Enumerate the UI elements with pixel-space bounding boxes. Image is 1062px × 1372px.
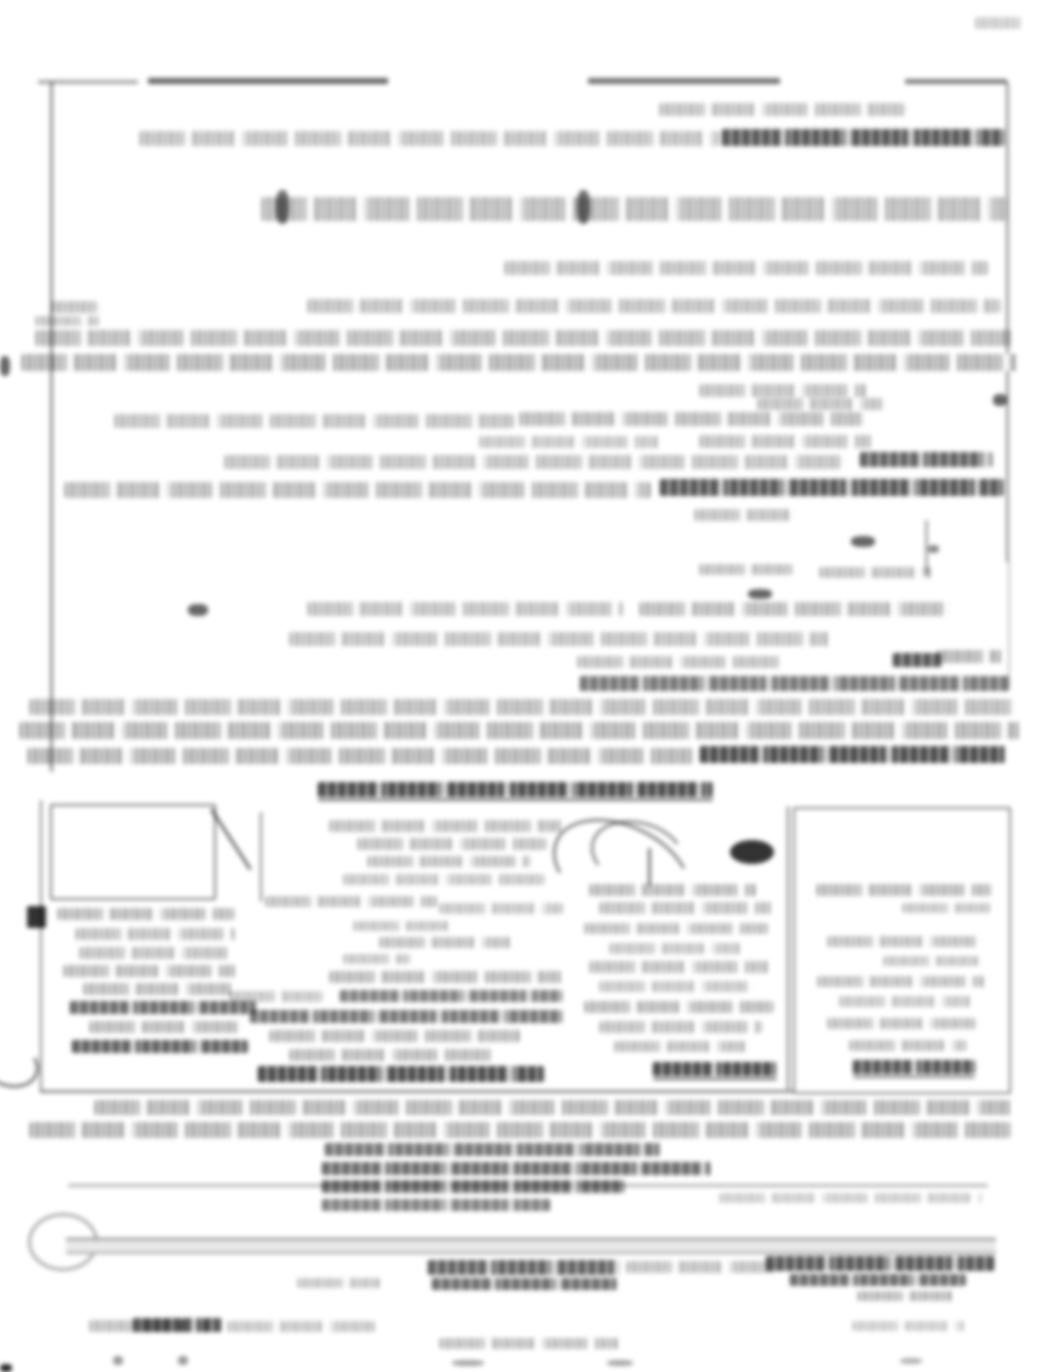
scan-line bbox=[354, 921, 450, 931]
scan-line bbox=[858, 1291, 954, 1301]
scan-line bbox=[700, 435, 872, 448]
scan-line bbox=[308, 602, 622, 616]
scan-blob bbox=[851, 536, 875, 547]
scan-bold bbox=[322, 1162, 712, 1175]
scan-line bbox=[640, 602, 952, 616]
scan-line bbox=[84, 983, 232, 995]
scan-line bbox=[308, 299, 1000, 313]
diagram-caption-right bbox=[853, 1060, 975, 1074]
double-rule bbox=[66, 1238, 996, 1254]
diagram-box-left bbox=[50, 804, 216, 900]
scan-line bbox=[20, 722, 1020, 739]
scan-bold bbox=[322, 1199, 550, 1211]
frame-right-low bbox=[1008, 560, 1010, 690]
scan-line bbox=[36, 316, 98, 326]
scan-line bbox=[520, 412, 862, 426]
scan-bold bbox=[432, 1278, 617, 1290]
scan-line bbox=[590, 961, 768, 973]
scan-line bbox=[850, 1040, 966, 1051]
scan-line bbox=[590, 884, 758, 896]
scan-bold bbox=[70, 1001, 256, 1014]
scan-line bbox=[695, 509, 795, 521]
scan-blob bbox=[113, 1356, 123, 1365]
scan-line bbox=[758, 398, 883, 410]
scan-bold bbox=[133, 1318, 221, 1332]
scan-line bbox=[884, 956, 984, 966]
section-heading bbox=[318, 782, 713, 797]
scan-line bbox=[578, 656, 780, 668]
scan-line bbox=[840, 996, 972, 1007]
scan-line bbox=[820, 567, 932, 578]
scan-blob bbox=[928, 545, 939, 553]
footer-center-line bbox=[440, 1338, 618, 1349]
scan-line bbox=[80, 947, 230, 959]
heading-small bbox=[660, 103, 905, 116]
scan-line bbox=[480, 436, 660, 448]
scan-line bbox=[358, 838, 546, 850]
scan-line bbox=[600, 1021, 762, 1033]
scan-bold bbox=[72, 1040, 248, 1053]
margin-left-lower bbox=[40, 800, 42, 1092]
scan-line bbox=[903, 903, 991, 913]
scan-blob bbox=[993, 394, 1007, 406]
scan-line bbox=[95, 1100, 1010, 1115]
scan-line bbox=[230, 991, 322, 1002]
scan-bold bbox=[250, 1010, 562, 1023]
scan-bold bbox=[860, 452, 992, 467]
scan-bold bbox=[700, 746, 1005, 763]
scan-bold bbox=[580, 676, 1010, 691]
scan-bold bbox=[790, 1274, 966, 1286]
scan-bold bbox=[340, 990, 562, 1002]
scan-line bbox=[700, 564, 792, 575]
scan-line bbox=[585, 923, 767, 934]
scan-line bbox=[30, 1122, 1010, 1138]
scan-line bbox=[600, 902, 772, 914]
page-number-blob bbox=[976, 17, 1020, 29]
scan-line bbox=[585, 1001, 773, 1013]
scan-line bbox=[65, 482, 650, 498]
scan-bold bbox=[428, 1260, 620, 1275]
scan-bold bbox=[766, 1256, 994, 1271]
scan-bold bbox=[322, 1180, 624, 1193]
scan-line bbox=[22, 354, 1017, 371]
scan-blob bbox=[188, 604, 208, 616]
scan-line bbox=[330, 820, 562, 832]
scan-bold bbox=[660, 479, 1003, 496]
edge-artifact bbox=[0, 356, 10, 376]
margin-note bbox=[52, 301, 102, 313]
scan-line bbox=[720, 1193, 982, 1203]
scan-bold bbox=[893, 653, 941, 667]
list-bullet bbox=[27, 906, 46, 928]
frame-right bbox=[1006, 82, 1009, 562]
section-heading-underline bbox=[318, 799, 713, 801]
scan-line bbox=[828, 1018, 980, 1029]
scan-blob bbox=[452, 1360, 484, 1366]
diagram-diagonal bbox=[210, 808, 252, 870]
frame-top-4 bbox=[905, 79, 1007, 84]
scan-rule bbox=[653, 1078, 777, 1080]
scan-line bbox=[615, 1041, 747, 1052]
frame-top-3 bbox=[588, 78, 780, 84]
scan-line bbox=[600, 981, 752, 992]
scan-line bbox=[90, 1021, 242, 1033]
scan-artwork bbox=[0, 0, 1062, 1372]
scan-line bbox=[344, 874, 544, 885]
scan-line bbox=[266, 896, 438, 907]
scan-line bbox=[225, 455, 845, 469]
diagram-caption-left bbox=[258, 1066, 544, 1082]
diagram-quad-edge bbox=[260, 812, 262, 902]
scan-blob bbox=[748, 589, 772, 599]
scan-line bbox=[817, 884, 991, 896]
scan-line bbox=[298, 1278, 380, 1288]
diagram-caption-center bbox=[653, 1062, 777, 1076]
scan-line bbox=[290, 632, 830, 646]
scan-line bbox=[853, 1321, 965, 1331]
scan-blob bbox=[178, 1356, 188, 1365]
scan-line bbox=[64, 965, 236, 977]
scan-line bbox=[76, 928, 234, 940]
scan-line bbox=[938, 650, 1002, 663]
scan-line bbox=[58, 908, 234, 920]
scan-line bbox=[368, 856, 530, 867]
scan-line bbox=[28, 748, 693, 764]
title-line bbox=[262, 197, 1007, 221]
scan-line bbox=[140, 131, 718, 146]
title-cap bbox=[577, 190, 590, 224]
scan-rule bbox=[853, 1076, 975, 1078]
dark-blob bbox=[730, 840, 774, 864]
scan-line bbox=[344, 954, 410, 964]
fan-stem bbox=[648, 848, 651, 886]
scan-line bbox=[828, 936, 980, 947]
scan-bold bbox=[722, 129, 1004, 146]
scan-line bbox=[330, 971, 562, 983]
scan-bold bbox=[325, 1143, 660, 1156]
scanned-document-page bbox=[0, 0, 1062, 1372]
scan-line bbox=[700, 384, 868, 397]
diagram-divider bbox=[787, 806, 789, 1090]
scan-line bbox=[440, 903, 562, 914]
scan-line bbox=[115, 414, 513, 428]
scan-line bbox=[818, 976, 984, 987]
title-cap bbox=[276, 190, 289, 224]
scan-line bbox=[380, 937, 512, 948]
scan-line bbox=[228, 1321, 374, 1332]
scan-line bbox=[290, 1049, 492, 1061]
paragraph-flourish bbox=[0, 1032, 46, 1096]
scan-blob bbox=[607, 1360, 633, 1366]
scan-line bbox=[627, 1261, 779, 1273]
scan-line bbox=[36, 330, 1012, 346]
scan-line bbox=[270, 1030, 522, 1042]
frame-top-2 bbox=[148, 78, 388, 84]
scan-blob bbox=[900, 1358, 922, 1364]
frame-top-1 bbox=[38, 80, 138, 84]
scan-line bbox=[505, 261, 987, 275]
corner-mark bbox=[0, 1364, 12, 1372]
scan-line bbox=[610, 943, 742, 954]
scan-line bbox=[30, 699, 1015, 715]
frame-left bbox=[50, 82, 53, 772]
